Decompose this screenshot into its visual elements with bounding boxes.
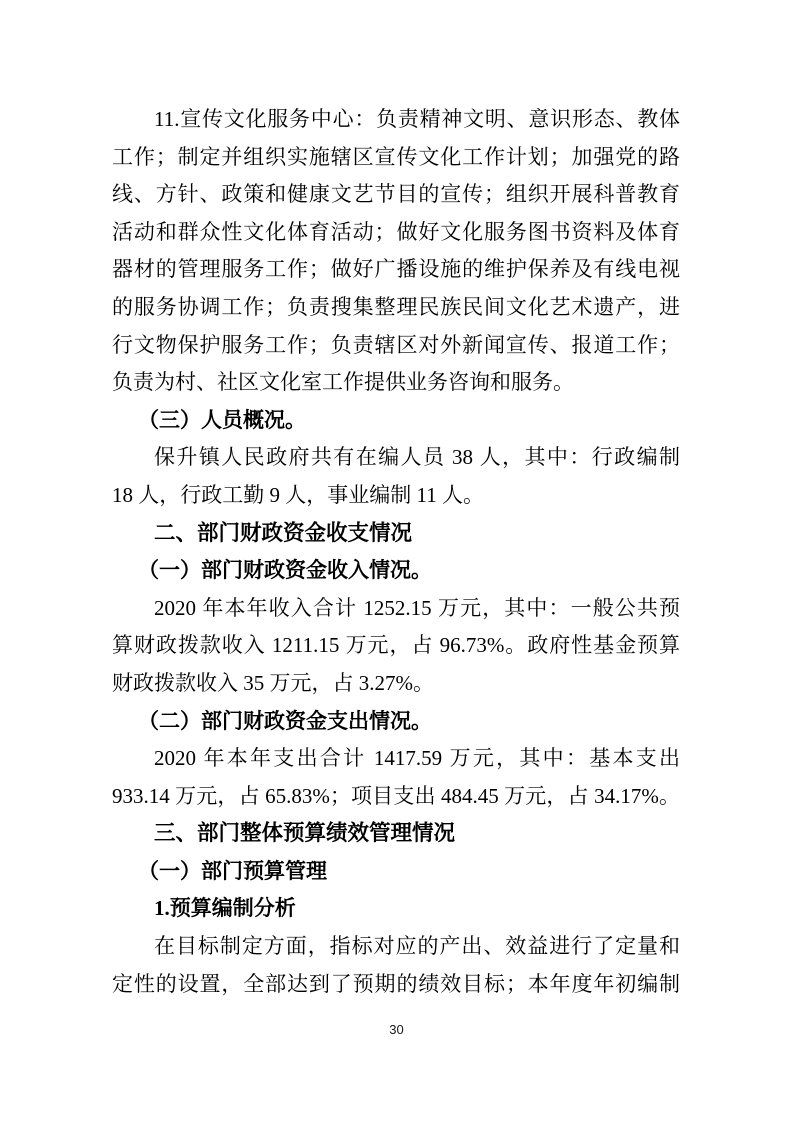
paragraph-line: 财政拨款收入 35 万元，占 3.27%。 [112,665,680,703]
paragraph-line: 11.宣传文化服务中心：负责精神文明、意识形态、教体 [112,101,680,139]
paragraph-line: 活动和群众性文化体育活动；做好文化服务图书资料及体育 [112,214,680,252]
heading-2-1-income: （一）部门财政资金收入情况。 [112,552,680,590]
paragraph-line: 工作；制定并组织实施辖区宣传文化工作计划；加强党的路 [112,139,680,177]
heading-section-2-fiscal-funds: 二、部门财政资金收支情况 [112,515,680,553]
paragraph-line: 2020 年本年支出合计 1417.59 万元，其中：基本支出 [112,740,680,778]
paragraph-line: 算财政拨款收入 1211.15 万元，占 96.73%。政府性基金预算 [112,627,680,665]
paragraph-line: 保升镇人民政府共有在编人员 38 人，其中：行政编制 [112,439,680,477]
document-page: 11.宣传文化服务中心：负责精神文明、意识形态、教体 工作；制定并组织实施辖区宣… [0,0,793,1122]
paragraph-line: 933.14 万元，占 65.83%；项目支出 484.45 万元，占 34.1… [112,778,680,816]
paragraph-line: 在目标制定方面，指标对应的产出、效益进行了定量和 [112,928,680,966]
paragraph-line: 2020 年本年收入合计 1252.15 万元，其中：一般公共预 [112,590,680,628]
heading-section-3-performance: 三、部门整体预算绩效管理情况 [112,815,680,853]
heading-3-1-budget-management: （一）部门预算管理 [112,853,680,891]
paragraph-line: 行文物保护服务工作；负责辖区对外新闻宣传、报道工作； [112,327,680,365]
paragraph-line: 18 人，行政工勤 9 人，事业编制 11 人。 [112,477,680,515]
heading-budget-compilation-analysis: 1.预算编制分析 [112,890,680,928]
heading-2-2-expenditure: （二）部门财政资金支出情况。 [112,703,680,741]
paragraph-line: 线、方针、政策和健康文艺节目的宣传；组织开展科普教育 [112,176,680,214]
paragraph-line: 器材的管理服务工作；做好广播设施的维护保养及有线电视 [112,251,680,289]
page-number: 30 [0,1022,793,1037]
paragraph-line: 的服务协调工作；负责搜集整理民族民间文化艺术遗产，进 [112,289,680,327]
heading-personnel-overview: （三）人员概况。 [112,402,680,440]
paragraph-line: 负责为村、社区文化室工作提供业务咨询和服务。 [112,364,680,402]
paragraph-line: 定性的设置，全部达到了预期的绩效目标；本年度年初编制 [112,966,680,1004]
